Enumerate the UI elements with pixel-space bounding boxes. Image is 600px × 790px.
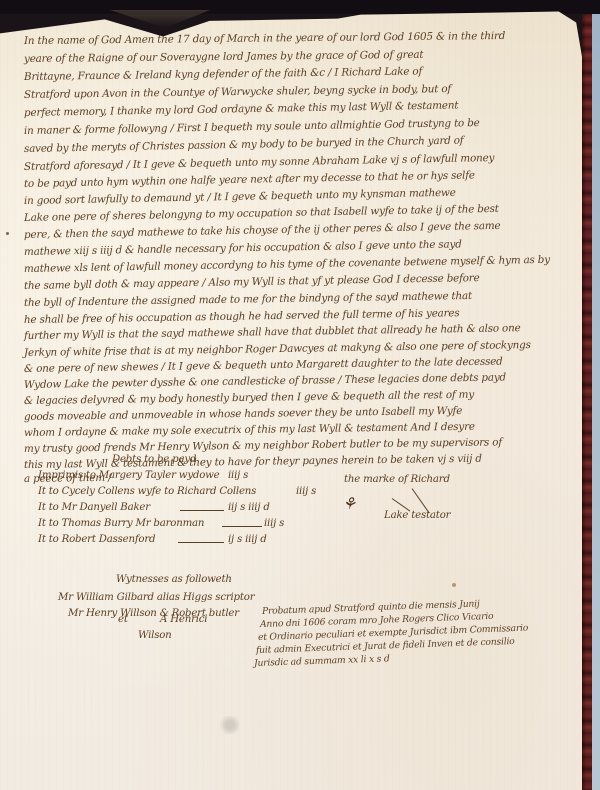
paper-spot (452, 583, 456, 587)
body-line: In the name of God Amen the 17 day of Ma… (24, 30, 505, 47)
probate-line: Jurisdic ad summam xx li x s d (254, 653, 390, 669)
body-line: further my Wyll is that the sayd mathewe… (24, 322, 521, 342)
body-line: goods moveable and unmoveable in whose h… (24, 405, 462, 423)
body-line: Wydow Lake the pewter dysshe & one candl… (24, 371, 506, 391)
body-line: mathewe xiij s iiij d & handle necessary… (24, 238, 462, 258)
body-line: saved by the meryts of Christes passion … (24, 135, 464, 155)
debt-item-amount: iiij s (296, 486, 316, 497)
debt-item-label: It to Thomas Burry Mr baronman (38, 518, 204, 529)
debt-item-label: It to Mr Danyell Baker (38, 502, 150, 513)
debt-item-label: Imprimis to Margery Tayler wydowe (38, 470, 219, 481)
body-line: this my last Wyll & testament & they to … (24, 453, 482, 471)
debt-item-label: It to Cycely Collens wyfe to Richard Col… (38, 486, 256, 497)
mark-glyph-icon: ⚘ (342, 494, 356, 513)
body-line: my trusty good frends Mr Henry Wylson & … (24, 436, 502, 455)
witness-line: Mr Henry Willson & Robert butler (68, 608, 239, 619)
testator-mark-line1: the marke of Richard (344, 474, 450, 485)
debt-item-amount: iiij s (228, 470, 248, 481)
testator-mark-line2: Lake testator (384, 510, 450, 521)
debt-item-label: It to Robert Dassenford (38, 534, 155, 545)
signature-prefix: et (118, 614, 128, 625)
body-line: whom I ordayne & make my sole executrix … (24, 421, 475, 439)
debt-leader-line (178, 542, 224, 543)
body-line: Brittayne, Fraunce & Ireland kyng defend… (24, 65, 422, 83)
paper-spot (6, 232, 9, 235)
signature-surname: Wilson (138, 630, 172, 641)
debts-heading: Debts to be payd (112, 454, 196, 465)
body-line: in maner & forme followyng / First I beq… (24, 117, 480, 137)
debt-leader-line (180, 510, 224, 511)
debt-leader-line (222, 526, 262, 527)
debt-item-amount: ij s iiij d (228, 534, 267, 545)
body-line: yeare of the Raigne of our Soveraygne lo… (24, 49, 423, 65)
ink-smudge (218, 716, 242, 734)
witness-line: Mr William Gilbard alias Higgs scriptor (58, 592, 254, 603)
body-line: the same byll doth & may appeare / Also … (24, 272, 480, 292)
body-line: perfect memory, I thanke my lord God ord… (24, 99, 458, 119)
torn-edge-shadow (110, 10, 210, 28)
binding-edge (582, 14, 592, 790)
manuscript-page: In the name of God Amen the 17 day of Ma… (0, 10, 582, 790)
scan-top-band (0, 0, 600, 14)
body-line: & legacies delyvred & my body honestly b… (24, 389, 474, 407)
body-line: pere, & then the sayd mathewe to take hi… (24, 220, 501, 241)
body-line: Stratford upon Avon in the Countye of Wa… (24, 83, 451, 101)
debt-item-amount: iij s iiij d (228, 502, 270, 513)
debt-item-amount: iiij s (264, 518, 284, 529)
body-line: the byll of Indenture the assigned made … (24, 290, 472, 309)
signature-mark: A Henrici (160, 614, 207, 625)
witnesses-heading: Wytnesses as followeth (116, 574, 232, 585)
